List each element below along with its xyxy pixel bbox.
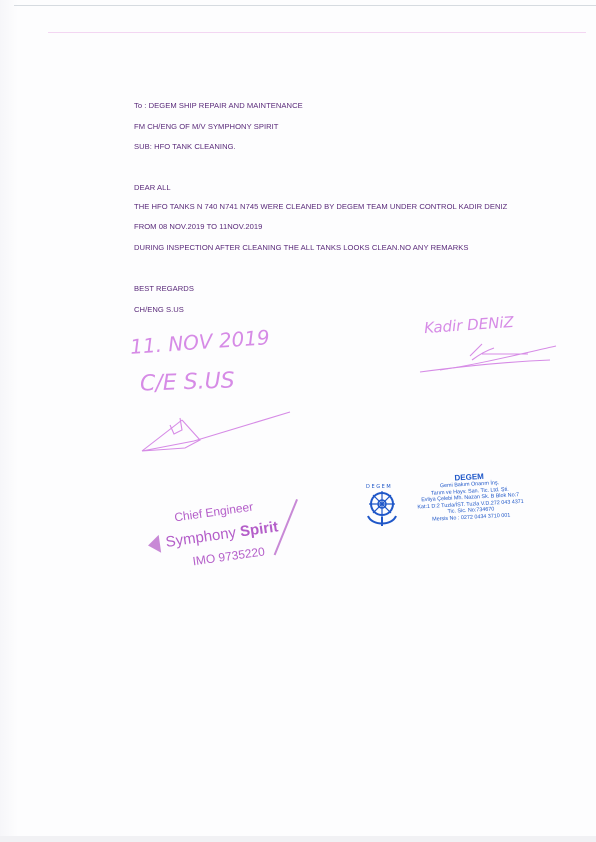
scan-bottom-edge <box>0 836 596 842</box>
svg-text:D E G E M: D E G E M <box>366 484 391 490</box>
handwritten-date: 11. NOV 2019 <box>129 325 270 359</box>
sender-line: FM CH/ENG OF M/V SYMPHONY SPIRIT <box>134 122 279 131</box>
stamp-title: Chief Engineer <box>173 500 254 525</box>
degem-stamp-text: DEGEM Gemi Bakım Onarım İnş. Tarım ve Ha… <box>406 469 534 524</box>
body-paragraph: FROM 08 NOV.2019 TO 11NOV.2019 <box>134 222 262 231</box>
recipient-line: To : DEGEM SHIP REPAIR AND MAINTENANCE <box>134 101 303 110</box>
stamp-imo: IMO 9735220 <box>192 544 266 568</box>
closing: BEST REGARDS <box>134 284 194 293</box>
stamp-vessel-b: Spirit <box>239 518 279 540</box>
stamp-arrow-icon <box>147 535 161 554</box>
ship-wheel-anchor-logo-icon: D E G E M <box>362 476 402 528</box>
handwritten-contractor-name: Kadir DENiZ <box>423 313 514 337</box>
degem-company-stamp: D E G E M DEGEM Gemi Bakım Onarım İnş. T… <box>362 476 532 536</box>
greeting: DEAR ALL <box>134 183 171 192</box>
chief-engineer-signature <box>130 400 310 460</box>
scan-shadow <box>0 0 18 842</box>
chief-engineer-stamp: Chief Engineer Symphony Spirit IMO 97352… <box>143 490 303 590</box>
scan-edge-line <box>14 5 596 6</box>
subject-line: SUB: HFO TANK CLEANING. <box>134 142 236 151</box>
scan-artifact-line <box>48 32 586 33</box>
handwritten-initials: C/E S.US <box>140 368 236 396</box>
signatory: CH/ENG S.US <box>134 305 184 314</box>
contractor-signature <box>410 340 560 380</box>
scanned-letter-page: To : DEGEM SHIP REPAIR AND MAINTENANCE F… <box>0 0 596 842</box>
body-paragraph: THE HFO TANKS N 740 N741 N745 WERE CLEAN… <box>134 202 507 211</box>
stamp-vessel-a: Symphony <box>165 524 238 551</box>
body-paragraph: DURING INSPECTION AFTER CLEANING THE ALL… <box>134 243 468 252</box>
